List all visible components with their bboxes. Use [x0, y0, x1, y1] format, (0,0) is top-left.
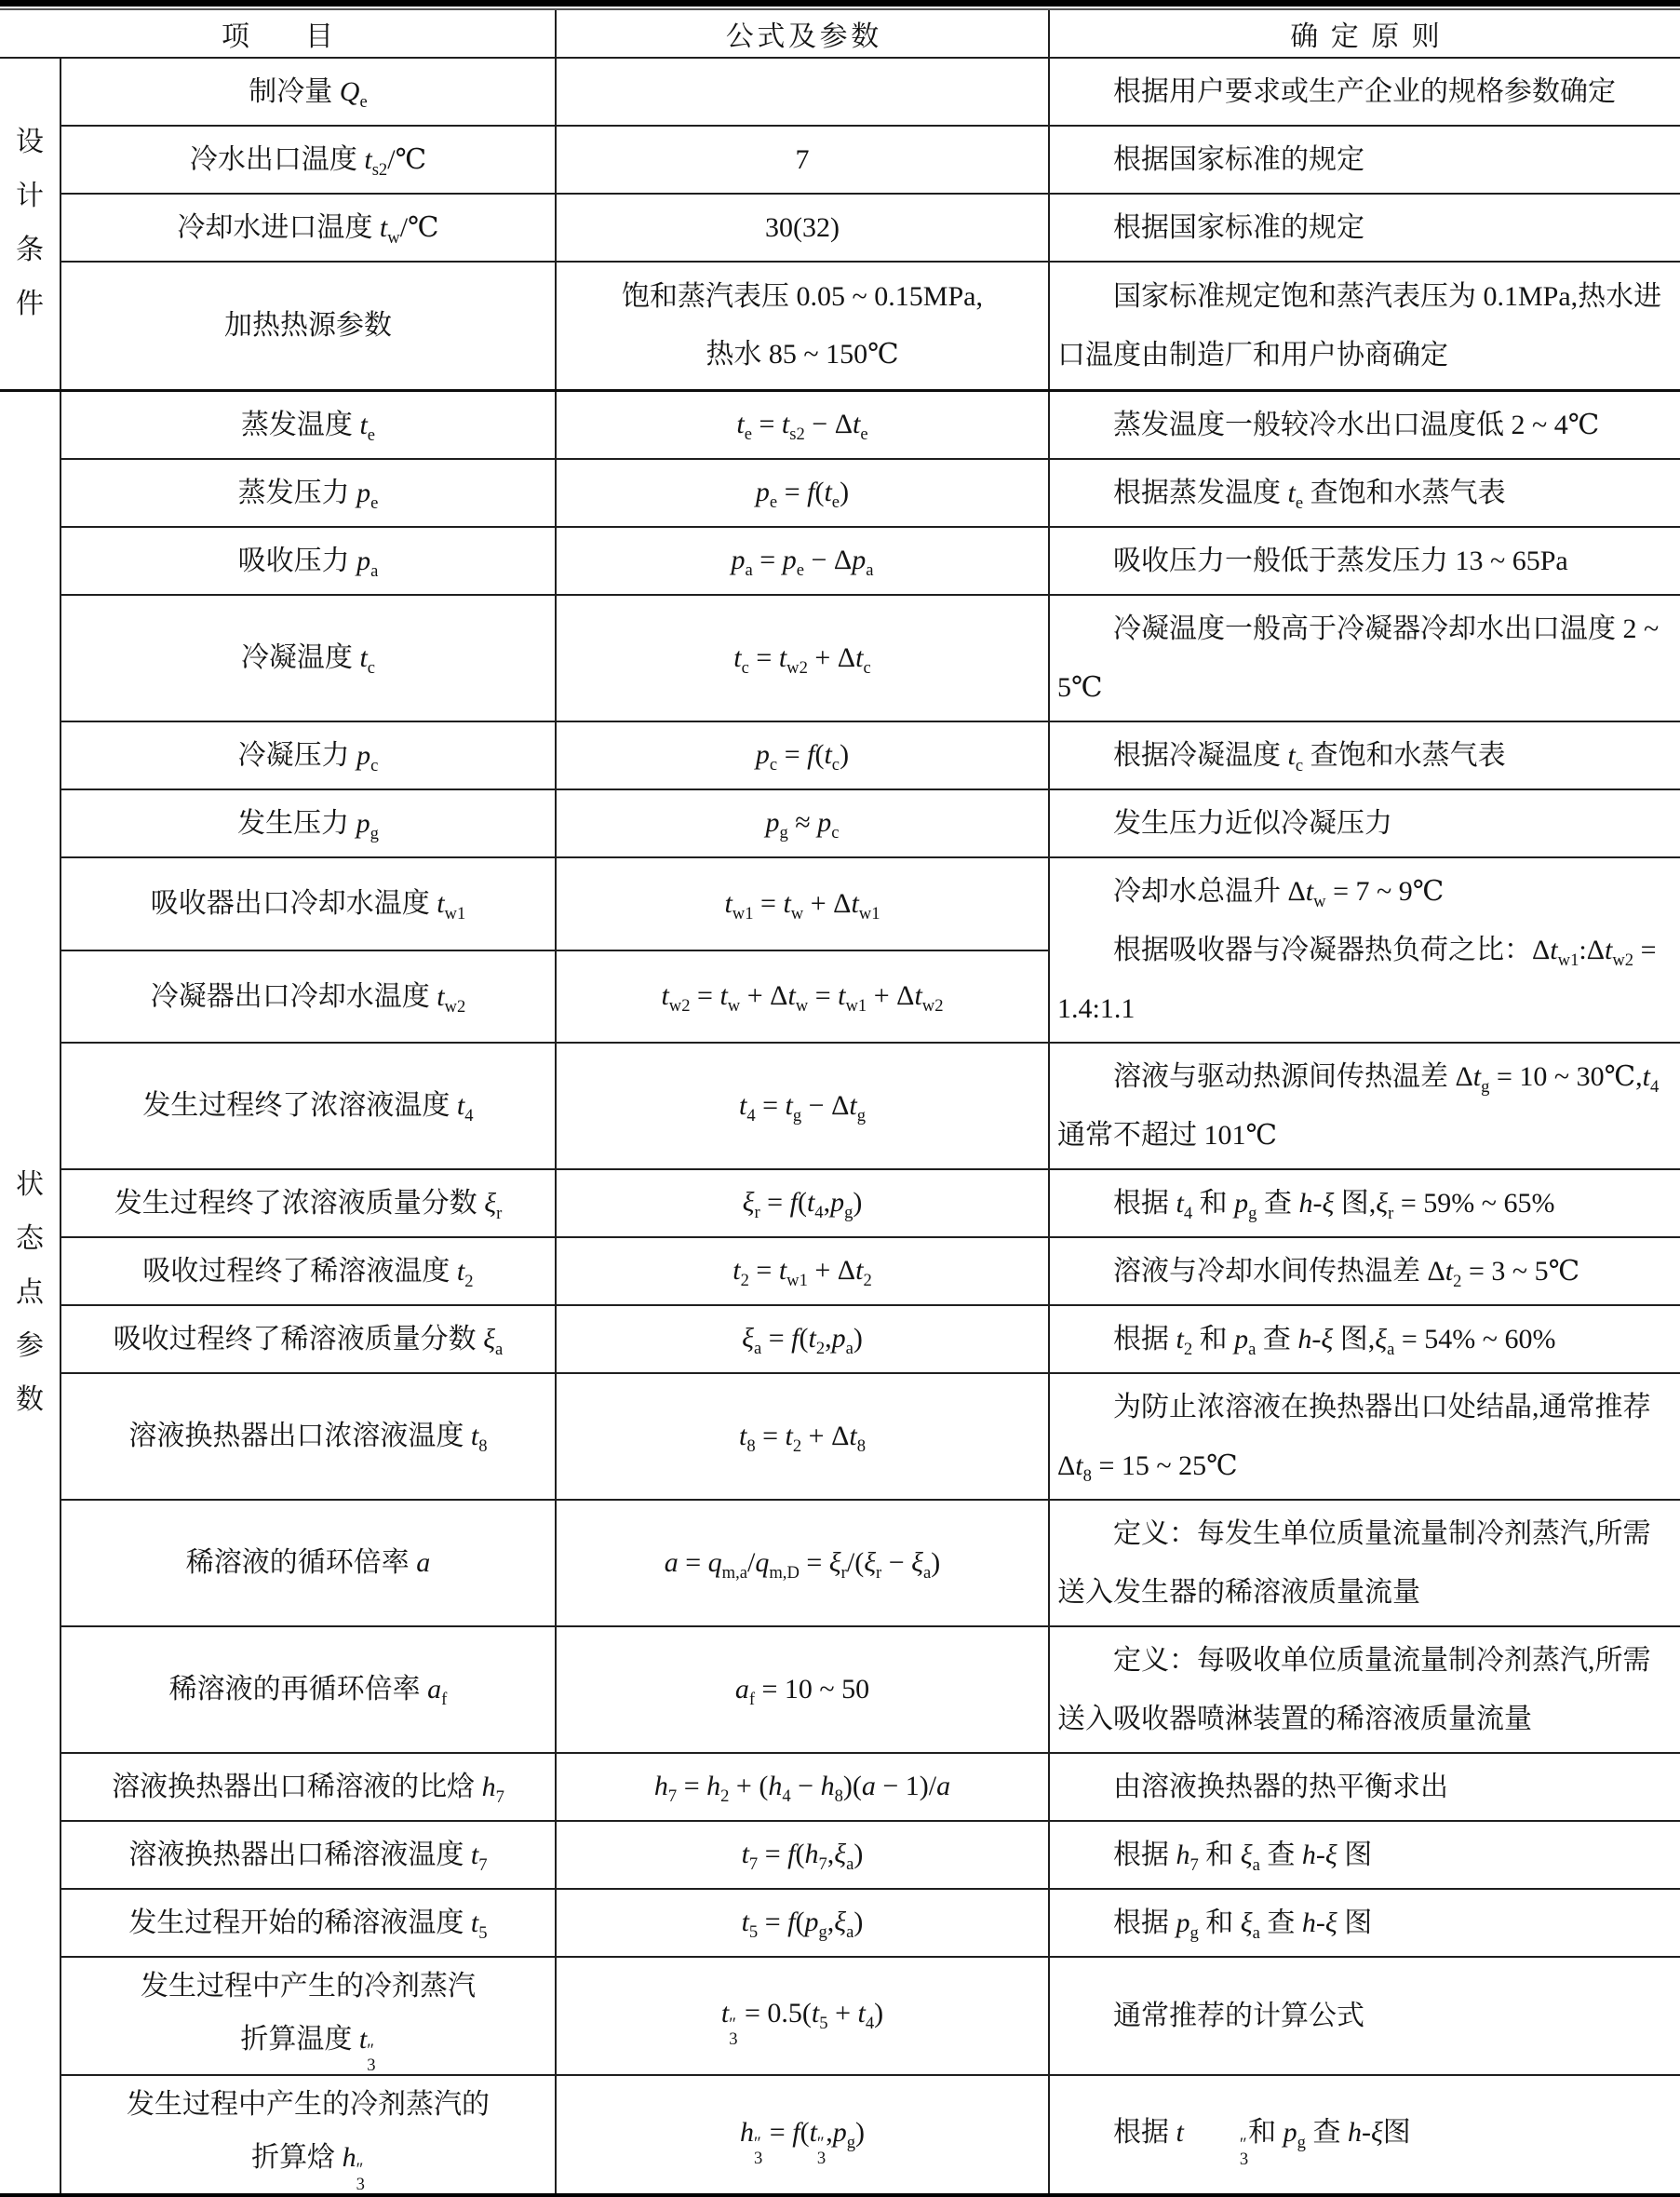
- top-rule-thick: [0, 0, 1680, 7]
- item-cell: 稀溶液的再循环倍率 af: [60, 1626, 556, 1753]
- principle-cell: 国家标准规定饱和蒸汽表压为 0.1MPa,热水进口温度由制造厂和用户协商确定: [1049, 262, 1680, 390]
- formula-cell: t7 = f(h7,ξa): [556, 1821, 1049, 1889]
- table-row: 吸收压力 pa pa = pe − Δpa 吸收压力一般低于蒸发压力 13 ~ …: [0, 527, 1680, 595]
- formula-cell: t″3 = 0.5(t5 + t4): [556, 1957, 1049, 2076]
- header-principle: 确定原则: [1049, 10, 1680, 58]
- principle-cell: 由溶液换热器的热平衡求出: [1049, 1753, 1680, 1821]
- principle-cell: 根据 t4 和 pg 查 h-ξ 图,ξr = 59% ~ 65%: [1049, 1169, 1680, 1237]
- table-row: 设计条件 制冷量 Qe 根据用户要求或生产企业的规格参数确定: [0, 58, 1680, 126]
- table-row: 加热热源参数 饱和蒸汽表压 0.05 ~ 0.15MPa,热水 85 ~ 150…: [0, 262, 1680, 390]
- formula-cell: h7 = h2 + (h4 − h8)(a − 1)/a: [556, 1753, 1049, 1821]
- design-parameters-table: 项 目 公式及参数 确定原则 设计条件 制冷量 Qe 根据用户要求或生产企业的规…: [0, 10, 1680, 2193]
- table-row: 发生过程终了浓溶液质量分数 ξr ξr = f(t4,pg) 根据 t4 和 p…: [0, 1169, 1680, 1237]
- item-cell: 溶液换热器出口稀溶液温度 t7: [60, 1821, 556, 1889]
- formula-cell: tw1 = tw + Δtw1: [556, 857, 1049, 950]
- table-row: 发生过程中产生的冷剂蒸汽的折算焓 h″3 h″3 = f(t″3,pg) 根据 …: [0, 2075, 1680, 2193]
- item-cell: 溶液换热器出口稀溶液的比焓 h7: [60, 1753, 556, 1821]
- item-cell: 发生过程中产生的冷剂蒸汽的折算焓 h″3: [60, 2075, 556, 2193]
- table-row: 吸收过程终了稀溶液温度 t2 t2 = tw1 + Δt2 溶液与冷却水间传热温…: [0, 1237, 1680, 1305]
- table-row: 吸收过程终了稀溶液质量分数 ξa ξa = f(t2,pa) 根据 t2 和 p…: [0, 1305, 1680, 1373]
- principle-cell: 根据用户要求或生产企业的规格参数确定: [1049, 58, 1680, 126]
- principle-cell: 根据国家标准的规定: [1049, 194, 1680, 262]
- page: { "table": { "header": { "item": "项 目", …: [0, 0, 1680, 2197]
- header-formula: 公式及参数: [556, 10, 1049, 58]
- formula-cell: tc = tw2 + Δtc: [556, 595, 1049, 721]
- principle-cell: 根据 pg 和 ξa 查 h-ξ 图: [1049, 1889, 1680, 1957]
- principle-cell: 通常推荐的计算公式: [1049, 1957, 1680, 2076]
- item-cell: 发生过程终了浓溶液温度 t4: [60, 1043, 556, 1169]
- formula-cell: 30(32): [556, 194, 1049, 262]
- formula-cell: t4 = tg − Δtg: [556, 1043, 1049, 1169]
- principle-cell: 定义：每发生单位质量流量制冷剂蒸汽,所需送入发生器的稀溶液质量流量: [1049, 1500, 1680, 1626]
- formula-cell: t5 = f(pg,ξa): [556, 1889, 1049, 1957]
- principle-cell: 溶液与驱动热源间传热温差 Δtg = 10 ~ 30℃,t4 通常不超过 101…: [1049, 1043, 1680, 1169]
- table-row: 蒸发压力 pe pe = f(te) 根据蒸发温度 te 查饱和水蒸气表: [0, 459, 1680, 527]
- item-cell: 吸收压力 pa: [60, 527, 556, 595]
- principle-cell: 蒸发温度一般较冷水出口温度低 2 ~ 4℃: [1049, 390, 1680, 459]
- bottom-rule: [0, 2193, 1680, 2197]
- table-row: 状态点参数 蒸发温度 te te = ts2 − Δte 蒸发温度一般较冷水出口…: [0, 390, 1680, 459]
- principle-cell-merged: 冷却水总温升 Δtw = 7 ~ 9℃根据吸收器与冷凝器热负荷之比：Δtw1:Δ…: [1049, 857, 1680, 1043]
- principle-cell: 根据 h7 和 ξa 查 h-ξ 图: [1049, 1821, 1680, 1889]
- group-label-design-conditions: 设计条件: [0, 58, 60, 390]
- principle-cell: 吸收压力一般低于蒸发压力 13 ~ 65Pa: [1049, 527, 1680, 595]
- item-cell: 冷凝器出口冷却水温度 tw2: [60, 950, 556, 1043]
- principle-cell: 根据冷凝温度 tc 查饱和水蒸气表: [1049, 721, 1680, 789]
- formula-cell: pa = pe − Δpa: [556, 527, 1049, 595]
- item-cell: 吸收过程终了稀溶液质量分数 ξa: [60, 1305, 556, 1373]
- header-row: 项 目 公式及参数 确定原则: [0, 10, 1680, 58]
- item-cell: 溶液换热器出口浓溶液温度 t8: [60, 1373, 556, 1500]
- table-row: 冷却水进口温度 tw/℃ 30(32) 根据国家标准的规定: [0, 194, 1680, 262]
- table-row: 发生过程中产生的冷剂蒸汽折算温度 t″3 t″3 = 0.5(t5 + t4) …: [0, 1957, 1680, 2076]
- item-cell: 发生过程终了浓溶液质量分数 ξr: [60, 1169, 556, 1237]
- principle-cell: 溶液与冷却水间传热温差 Δt2 = 3 ~ 5℃: [1049, 1237, 1680, 1305]
- item-cell: 蒸发压力 pe: [60, 459, 556, 527]
- item-cell: 冷水出口温度 ts2/℃: [60, 126, 556, 194]
- formula-cell: ξa = f(t2,pa): [556, 1305, 1049, 1373]
- formula-cell: pg ≈ pc: [556, 789, 1049, 857]
- table-row: 吸收器出口冷却水温度 tw1 tw1 = tw + Δtw1 冷却水总温升 Δt…: [0, 857, 1680, 950]
- formula-cell: t2 = tw1 + Δt2: [556, 1237, 1049, 1305]
- group-label-text: 状态点参数: [14, 1158, 47, 1427]
- principle-cell: 发生压力近似冷凝压力: [1049, 789, 1680, 857]
- formula-cell: af = 10 ~ 50: [556, 1626, 1049, 1753]
- table-row: 冷凝压力 pc pc = f(tc) 根据冷凝温度 tc 查饱和水蒸气表: [0, 721, 1680, 789]
- table-row: 发生过程开始的稀溶液温度 t5 t5 = f(pg,ξa) 根据 pg 和 ξa…: [0, 1889, 1680, 1957]
- principle-cell: 根据 t2 和 pa 查 h-ξ 图,ξa = 54% ~ 60%: [1049, 1305, 1680, 1373]
- table-row: 稀溶液的循环倍率 a a = qm,a/qm,D = ξr/(ξr − ξa) …: [0, 1500, 1680, 1626]
- formula-cell: t8 = t2 + Δt8: [556, 1373, 1049, 1500]
- principle-cell: 根据国家标准的规定: [1049, 126, 1680, 194]
- formula-cell: pe = f(te): [556, 459, 1049, 527]
- item-cell: 发生过程开始的稀溶液温度 t5: [60, 1889, 556, 1957]
- table-row: 发生过程终了浓溶液温度 t4 t4 = tg − Δtg 溶液与驱动热源间传热温…: [0, 1043, 1680, 1169]
- header-item: 项 目: [0, 10, 556, 58]
- item-cell: 冷却水进口温度 tw/℃: [60, 194, 556, 262]
- item-cell: 发生过程中产生的冷剂蒸汽折算温度 t″3: [60, 1957, 556, 2076]
- formula-cell: [556, 58, 1049, 126]
- table-row: 冷水出口温度 ts2/℃ 7 根据国家标准的规定: [0, 126, 1680, 194]
- formula-cell: h″3 = f(t″3,pg): [556, 2075, 1049, 2193]
- principle-cell: 定义：每吸收单位质量流量制冷剂蒸汽,所需送入吸收器喷淋装置的稀溶液质量流量: [1049, 1626, 1680, 1753]
- item-cell: 吸收过程终了稀溶液温度 t2: [60, 1237, 556, 1305]
- table-row: 发生压力 pg pg ≈ pc 发生压力近似冷凝压力: [0, 789, 1680, 857]
- table-row: 溶液换热器出口稀溶液的比焓 h7 h7 = h2 + (h4 − h8)(a −…: [0, 1753, 1680, 1821]
- principle-cell: 根据 t″3和 pg 查 h-ξ图: [1049, 2075, 1680, 2193]
- formula-cell: te = ts2 − Δte: [556, 390, 1049, 459]
- formula-cell: pc = f(tc): [556, 721, 1049, 789]
- group-label-text: 设计条件: [14, 115, 47, 331]
- item-cell: 稀溶液的循环倍率 a: [60, 1500, 556, 1626]
- principle-cell: 为防止浓溶液在换热器出口处结晶,通常推荐 Δt8 = 15 ~ 25℃: [1049, 1373, 1680, 1500]
- formula-cell: 饱和蒸汽表压 0.05 ~ 0.15MPa,热水 85 ~ 150℃: [556, 262, 1049, 390]
- item-cell: 加热热源参数: [60, 262, 556, 390]
- item-cell: 蒸发温度 te: [60, 390, 556, 459]
- item-cell: 制冷量 Qe: [60, 58, 556, 126]
- item-cell: 冷凝温度 tc: [60, 595, 556, 721]
- table-row: 溶液换热器出口浓溶液温度 t8 t8 = t2 + Δt8 为防止浓溶液在换热器…: [0, 1373, 1680, 1500]
- principle-cell: 根据蒸发温度 te 查饱和水蒸气表: [1049, 459, 1680, 527]
- table-row: 冷凝温度 tc tc = tw2 + Δtc 冷凝温度一般高于冷凝器冷却水出口温…: [0, 595, 1680, 721]
- item-cell: 吸收器出口冷却水温度 tw1: [60, 857, 556, 950]
- formula-cell: 7: [556, 126, 1049, 194]
- formula-cell: tw2 = tw + Δtw = tw1 + Δtw2: [556, 950, 1049, 1043]
- item-cell: 发生压力 pg: [60, 789, 556, 857]
- group-label-state-point-parameters: 状态点参数: [0, 390, 60, 2193]
- principle-cell: 冷凝温度一般高于冷凝器冷却水出口温度 2 ~ 5℃: [1049, 595, 1680, 721]
- formula-cell: ξr = f(t4,pg): [556, 1169, 1049, 1237]
- formula-cell: a = qm,a/qm,D = ξr/(ξr − ξa): [556, 1500, 1049, 1626]
- document-sheet: 项 目 公式及参数 确定原则 设计条件 制冷量 Qe 根据用户要求或生产企业的规…: [0, 0, 1680, 2197]
- table-row: 溶液换热器出口稀溶液温度 t7 t7 = f(h7,ξa) 根据 h7 和 ξa…: [0, 1821, 1680, 1889]
- item-cell: 冷凝压力 pc: [60, 721, 556, 789]
- table-row: 稀溶液的再循环倍率 af af = 10 ~ 50 定义：每吸收单位质量流量制冷…: [0, 1626, 1680, 1753]
